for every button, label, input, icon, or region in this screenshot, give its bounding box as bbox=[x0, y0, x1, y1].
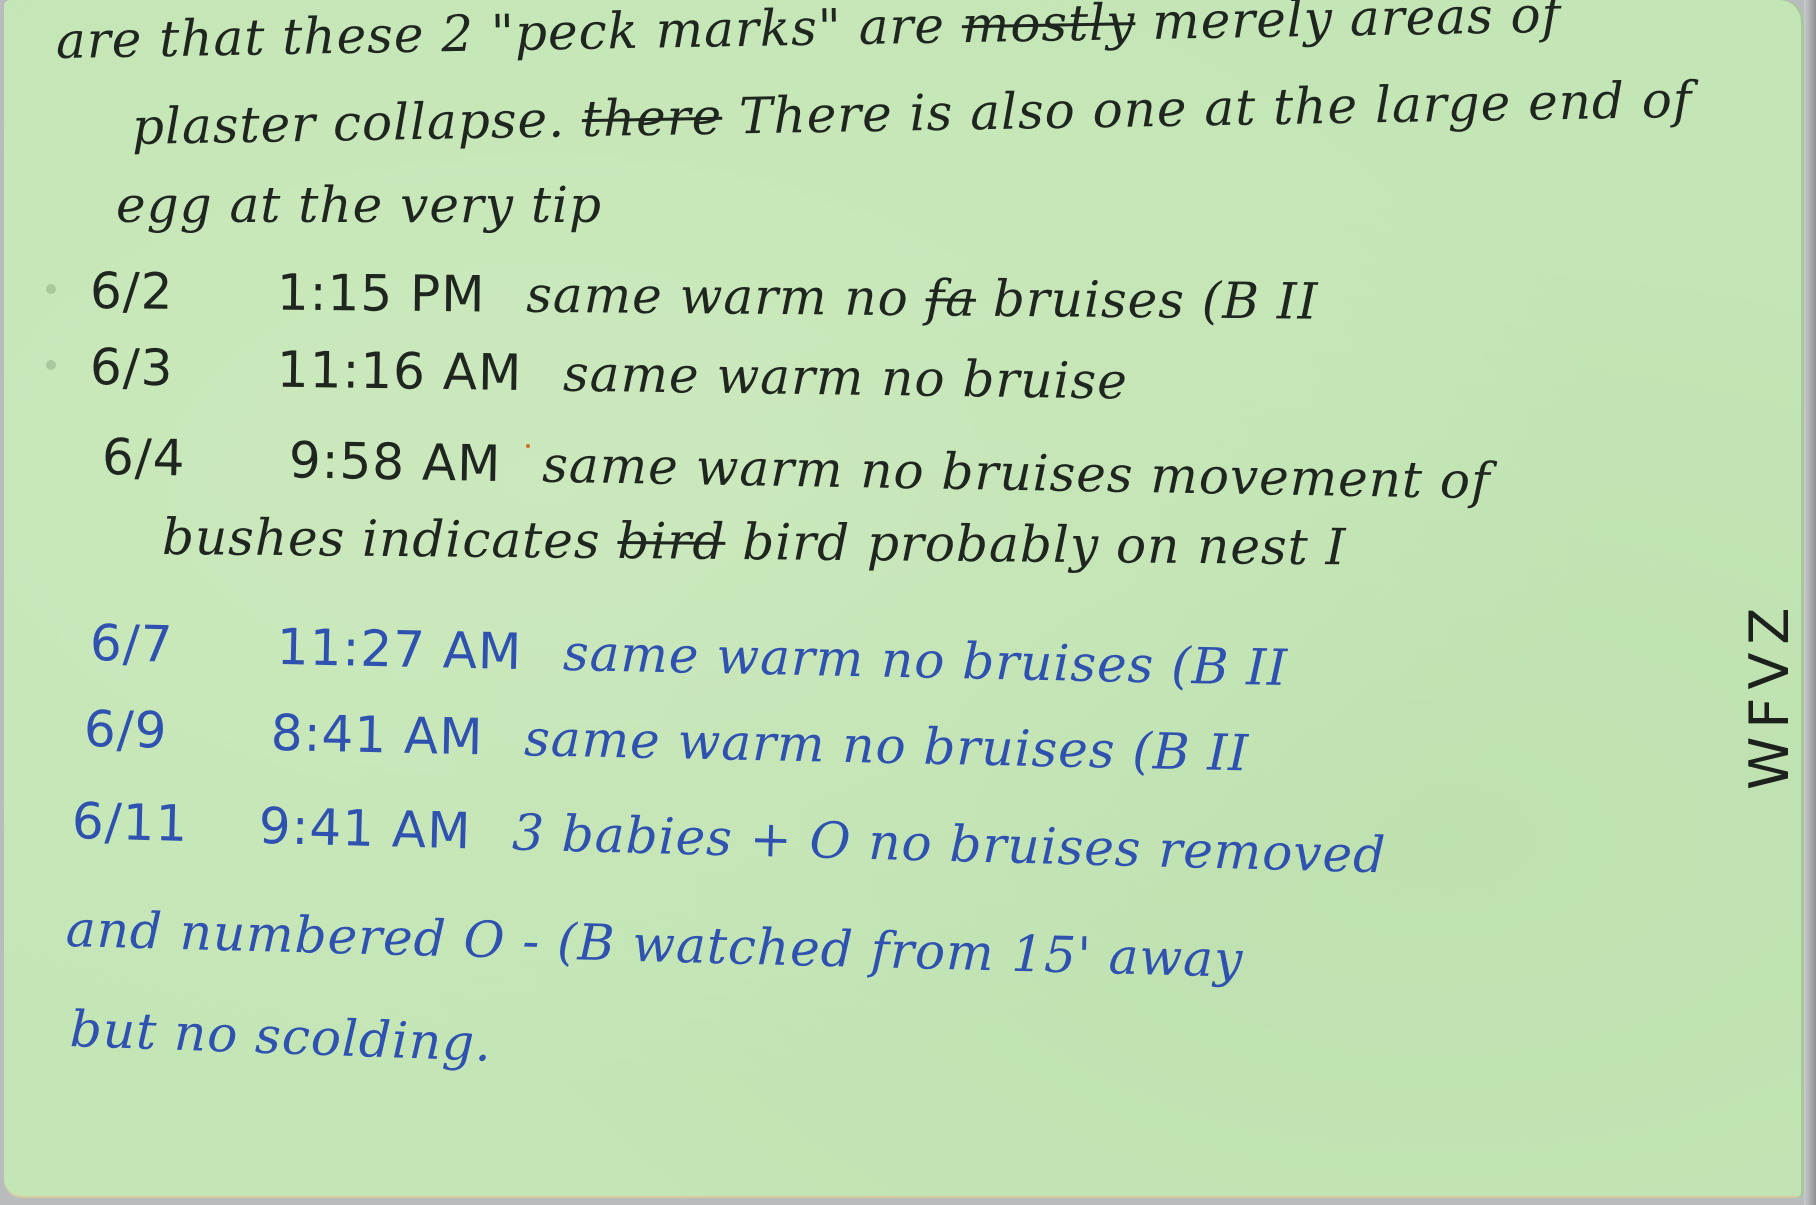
intro-line-1: are that these 2 "peck marks" are mostly… bbox=[55, 0, 1561, 70]
closing-text: but no scolding. bbox=[69, 1000, 493, 1073]
entry-time: 11:27 AM bbox=[276, 618, 523, 681]
entry-time: 1:15 PM bbox=[277, 264, 486, 324]
entry-row: 6/2 1:15 PM same warm no fa bruises (B I… bbox=[90, 262, 1319, 331]
entry-note: same warm no bruises (B II bbox=[562, 624, 1288, 697]
intro-text: merely areas of bbox=[1152, 0, 1562, 51]
entry-continuation: bushes indicates bird bird probably on n… bbox=[162, 508, 1347, 576]
entry-note: same warm no bruise bbox=[563, 345, 1128, 411]
entry-note: bushes indicates bbox=[162, 508, 601, 570]
entry-row: 6/3 11:16 AM same warm no bruise bbox=[90, 338, 1129, 410]
entry-note: same warm no bbox=[526, 266, 909, 327]
closing-line-2: but no scolding. bbox=[69, 1000, 493, 1073]
entry-date: 6/3 bbox=[90, 338, 261, 398]
intro-text: plaster collapse. bbox=[131, 90, 565, 156]
entry-row: 6/4 9:58 AM same warm no bruises movemen… bbox=[101, 428, 1491, 510]
entry-time: 8:41 AM bbox=[270, 704, 484, 766]
struck-word: mostly bbox=[961, 0, 1136, 54]
ink-speck bbox=[526, 444, 530, 448]
entry-time: 9:41 AM bbox=[258, 797, 472, 861]
struck-word: bird bbox=[617, 512, 725, 571]
punch-mark bbox=[46, 284, 56, 294]
punch-mark bbox=[46, 360, 56, 370]
entry-note: bruises (B II bbox=[993, 270, 1319, 331]
scanner-edge bbox=[1804, 0, 1816, 1205]
entry-note: same warm no bruises movement of bbox=[542, 436, 1491, 511]
entry-note: same warm no bruises (B II bbox=[524, 709, 1250, 782]
closing-line-1: and numbered O - (B watched from 15' awa… bbox=[65, 900, 1244, 989]
entry-time: 11:16 AM bbox=[276, 341, 522, 402]
entry-date: 6/11 bbox=[71, 792, 242, 854]
entry-date: 6/9 bbox=[83, 700, 254, 762]
entry-date: 6/2 bbox=[90, 262, 260, 321]
entry-row: 6/9 8:41 AM same warm no bruises (B II bbox=[83, 700, 1249, 782]
intro-text: There is also one at the large end of bbox=[739, 71, 1693, 146]
entry-row: 6/7 11:27 AM same warm no bruises (B II bbox=[89, 614, 1288, 697]
intro-line-2: plaster collapse. there There is also on… bbox=[131, 71, 1692, 156]
entry-row: 6/11 9:41 AM 3 babies + O no bruises rem… bbox=[71, 792, 1387, 884]
intro-text: are that these 2 "peck marks" are bbox=[55, 0, 945, 70]
entry-note: bird probably on nest I bbox=[742, 513, 1347, 576]
closing-text: and numbered O - (B watched from 15' awa… bbox=[65, 900, 1244, 989]
note-card: are that these 2 "peck marks" are mostly… bbox=[4, 0, 1804, 1198]
entry-date: 6/7 bbox=[89, 614, 260, 676]
intro-text: egg at the very tip bbox=[116, 176, 602, 234]
entry-time: 9:58 AM bbox=[288, 431, 502, 493]
entry-note: 3 babies + O no bruises removed bbox=[511, 804, 1387, 885]
struck-word: fa bbox=[925, 269, 976, 327]
entry-date: 6/4 bbox=[101, 428, 272, 489]
intro-line-3: egg at the very tip bbox=[116, 176, 602, 234]
struck-word: there bbox=[581, 88, 722, 148]
